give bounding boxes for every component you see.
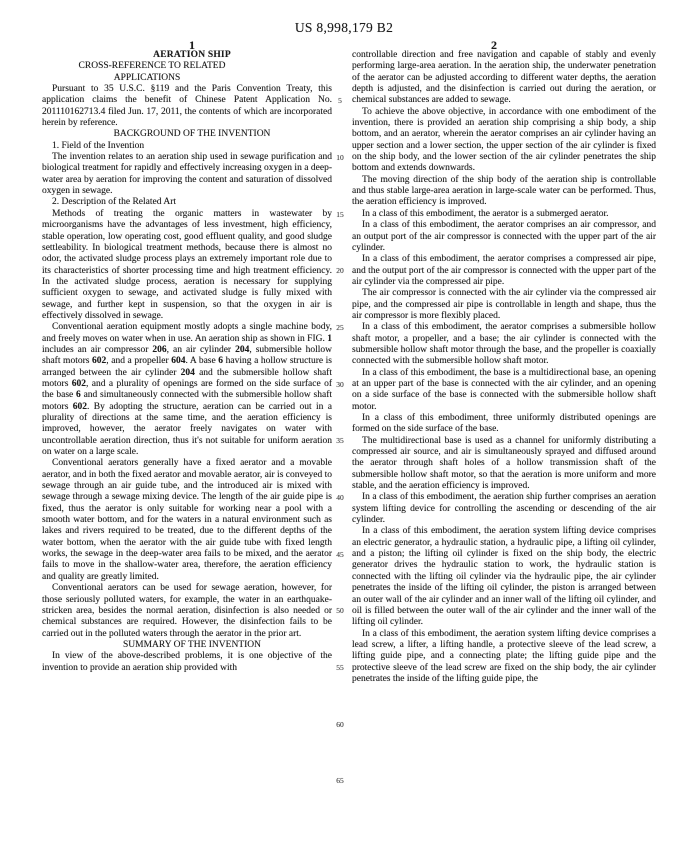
paragraph-continuation: controllable direction and free navigati… — [352, 50, 656, 107]
heading-field-of-invention: 1. Field of the Invention — [42, 141, 332, 152]
paragraph-embodiment-8: In a class of this embodiment, the aerat… — [352, 526, 656, 628]
paragraph-polluted-waters: Conventional aerators can be used for se… — [42, 583, 332, 640]
paragraph-embodiment-6: In a class of this embodiment, three uni… — [352, 413, 656, 436]
paragraph-air-compressor: The air compressor is connected with the… — [352, 288, 656, 322]
paragraph-embodiment-3: In a class of this embodiment, the aerat… — [352, 254, 656, 288]
patent-page: US 8,998,179 B2 1 2 5 10 15 20 25 30 35 … — [0, 0, 688, 862]
invention-title: AERATION SHIP — [42, 50, 332, 61]
paragraph-field: The invention relates to an aeration shi… — [42, 152, 332, 197]
paragraph-objective-2: To achieve the above objective, in accor… — [352, 107, 656, 175]
gutter-line-number: 60 — [328, 719, 352, 730]
paragraph-aerators: Conventional aerators generally have a f… — [42, 458, 332, 583]
patent-number-header: US 8,998,179 B2 — [0, 20, 688, 36]
paragraph-priority-claim: Pursuant to 35 U.S.C. §119 and the Paris… — [42, 84, 332, 129]
heading-background: BACKGROUND OF THE INVENTION — [42, 129, 332, 140]
heading-related-art: 2. Description of the Related Art — [42, 197, 332, 208]
gutter-line-number: 65 — [328, 775, 352, 786]
column-2: controllable direction and free navigati… — [352, 50, 656, 685]
paragraph-methods: Methods of treating the organic matters … — [42, 209, 332, 322]
paragraph-embodiment-4: In a class of this embodiment, the aerat… — [352, 322, 656, 367]
paragraph-embodiment-7: In a class of this embodiment, the aerat… — [352, 492, 656, 526]
paragraph-objective: In view of the above-described problems,… — [42, 651, 332, 674]
heading-cross-reference: CROSS-REFERENCE TO RELATED APPLICATIONS — [42, 61, 252, 84]
paragraph-equipment: Conventional aeration equipment mostly a… — [42, 322, 332, 458]
paragraph-embodiment-5: In a class of this embodiment, the base … — [352, 368, 656, 413]
heading-summary: SUMMARY OF THE INVENTION — [42, 640, 332, 651]
paragraph-embodiment-9: In a class of this embodiment, the aerat… — [352, 629, 656, 686]
paragraph-embodiment-2: In a class of this embodiment, the aerat… — [352, 220, 656, 254]
paragraph-moving-direction: The moving direction of the ship body of… — [352, 175, 656, 209]
paragraph-embodiment-1: In a class of this embodiment, the aerat… — [352, 209, 656, 220]
column-1: AERATION SHIP CROSS-REFERENCE TO RELATED… — [42, 50, 332, 674]
paragraph-multidirectional: The multidirectional base is used as a c… — [352, 436, 656, 493]
